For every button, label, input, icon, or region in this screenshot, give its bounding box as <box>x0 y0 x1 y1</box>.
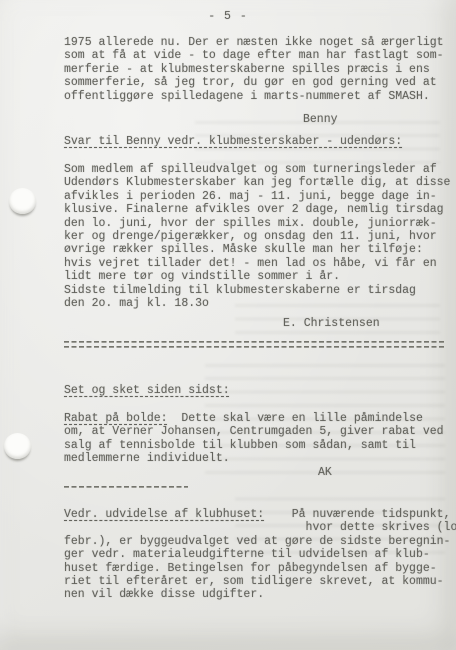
news-item-heading: Rabat på bolde: <box>64 412 168 425</box>
section-separator-single <box>64 486 188 488</box>
section-separator-double <box>64 341 446 349</box>
punch-hole-top <box>9 188 36 214</box>
clubhouse-section-heading: Vedr. udvidelse af klubhuset: <box>64 508 264 521</box>
clubhouse-section: Vedr. udvidelse af klubhuset: På nuværen… <box>64 508 456 602</box>
news-section-heading: Set og sket siden sidst: <box>64 384 230 397</box>
intro-paragraph: 1975 allerede nu. Der er næsten ikke nog… <box>64 36 444 103</box>
intro-signature: Benny <box>303 113 338 126</box>
punch-hole-bottom <box>4 433 31 459</box>
reply-section-heading: Svar til Benny vedr. klubmesterskaber - … <box>64 135 402 148</box>
news-signature: AK <box>318 466 332 479</box>
clubhouse-section-body: På nuværende tidspunkt, hvor dette skriv… <box>64 508 456 601</box>
page-number: - 5 - <box>0 10 456 23</box>
newsletter-page: - 5 - 1975 allerede nu. Der er næsten ik… <box>0 0 456 650</box>
reply-signature: E. Christensen <box>283 317 380 330</box>
reply-section-body: Som medlem af spilleudvalget og som turn… <box>64 163 450 310</box>
news-item: Rabat på bolde: Dette skal være en lille… <box>64 412 444 466</box>
